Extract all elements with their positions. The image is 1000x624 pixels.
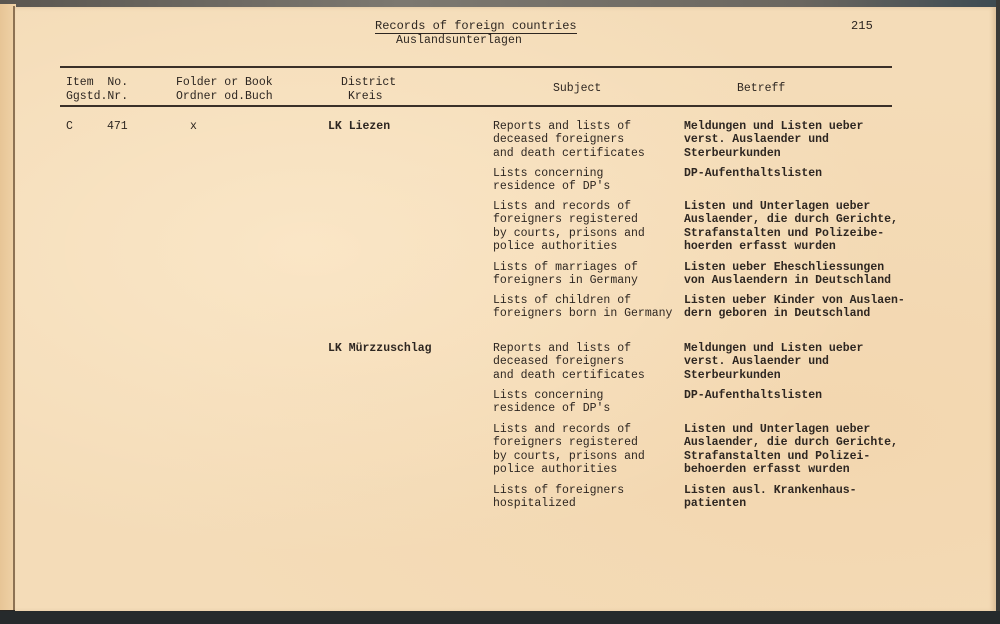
header-subject: Subject — [553, 82, 601, 95]
subject-cell: Lists concerning residence of DP's — [493, 389, 610, 416]
subject-cell: Lists of marriages of foreigners in Germ… — [493, 261, 638, 288]
header-rule-bottom — [60, 105, 892, 107]
betreff-cell: Listen und Unterlagen ueber Auslaender, … — [684, 423, 898, 476]
subject-cell: Reports and lists of deceased foreigners… — [493, 342, 645, 382]
subject-cell: Lists concerning residence of DP's — [493, 167, 610, 194]
betreff-cell: DP-Aufenthaltslisten — [684, 167, 822, 180]
district-name: LK Liezen — [328, 120, 390, 133]
scanner-bottom-edge — [0, 611, 1000, 624]
district-name: LK Mürzzuschlag — [328, 342, 432, 355]
header-district-en: District — [341, 76, 396, 89]
subject-cell: Lists and records of foreigners register… — [493, 200, 645, 253]
header-item-no-de: Ggstd.Nr. — [66, 90, 128, 103]
betreff-cell: DP-Aufenthaltslisten — [684, 389, 822, 402]
betreff-cell: Listen ausl. Krankenhaus- patienten — [684, 484, 857, 511]
betreff-cell: Listen ueber Kinder von Auslaen- dern ge… — [684, 294, 905, 321]
page-subtitle: Auslandsunterlagen — [396, 34, 522, 47]
page-number: 215 — [851, 20, 873, 33]
header-item-no-en: Item No. — [66, 76, 128, 89]
header-folder-de: Ordner od.Buch — [176, 90, 273, 103]
header-betreff: Betreff — [737, 82, 785, 95]
betreff-cell: Listen und Unterlagen ueber Auslaender, … — [684, 200, 898, 253]
betreff-cell: Meldungen und Listen ueber verst. Auslae… — [684, 342, 863, 382]
subject-cell: Reports and lists of deceased foreigners… — [493, 120, 645, 160]
header-district-de: Kreis — [348, 90, 383, 103]
betreff-cell: Listen ueber Eheschliessungen von Auslae… — [684, 261, 891, 288]
page-title: Records of foreign countries — [375, 20, 577, 34]
scanner-right-edge — [996, 0, 1000, 624]
entry-number: 471 — [107, 120, 128, 133]
subject-cell: Lists and records of foreigners register… — [493, 423, 645, 476]
entry-item: C — [66, 120, 73, 133]
subject-cell: Lists of children of foreigners born in … — [493, 294, 672, 321]
betreff-cell: Meldungen und Listen ueber verst. Auslae… — [684, 120, 863, 160]
header-folder-en: Folder or Book — [176, 76, 273, 89]
subject-cell: Lists of foreigners hospitalized — [493, 484, 624, 511]
page-binding-edge — [13, 6, 15, 610]
header-rule-top — [60, 66, 892, 68]
entry-folder: x — [190, 120, 197, 133]
